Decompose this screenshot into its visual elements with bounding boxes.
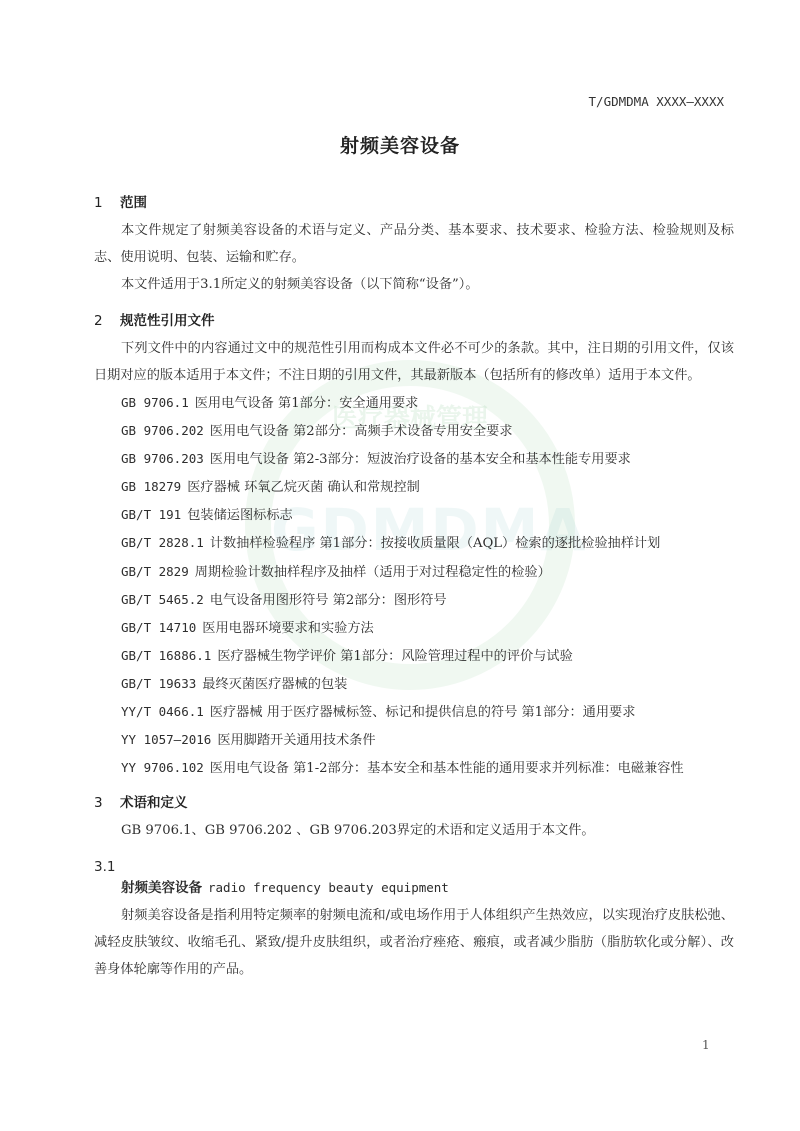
term-number: 3.1: [94, 856, 734, 878]
section-title: 规范性引用文件: [120, 313, 215, 329]
reference-item: GB/T 14710医用电器环境要求和实验方法: [94, 614, 734, 642]
term-title-en: radio frequency beauty equipment: [208, 880, 449, 895]
reference-item: GB/T 5465.2电气设备用图形符号 第2部分：图形符号: [94, 586, 734, 614]
document-body: 1范围 本文件规定了射频美容设备的术语与定义、产品分类、基本要求、技术要求、检验…: [94, 192, 734, 983]
reference-item: GB 18279医疗器械 环氧乙烷灭菌 确认和常规控制: [94, 473, 734, 501]
page-title: 射频美容设备: [0, 131, 800, 158]
section-heading-scope: 1范围: [94, 192, 734, 214]
reference-title: 医用脚踏开关通用技术条件: [217, 733, 375, 748]
paragraph: GB 9706.1、GB 9706.202 、GB 9706.203界定的术语和…: [94, 817, 734, 844]
reference-item: GB/T 16886.1医疗器械生物学评价 第1部分：风险管理过程中的评价与试验: [94, 642, 734, 670]
reference-title: 医疗器械 环氧乙烷灭菌 确认和常规控制: [187, 480, 420, 495]
reference-item: GB/T 191包装储运图标标志: [94, 501, 734, 529]
reference-title: 电气设备用图形符号 第2部分：图形符号: [210, 593, 447, 608]
paragraph: 下列文件中的内容通过文中的规范性引用而构成本文件必不可少的条款。其中，注日期的引…: [94, 335, 734, 389]
section-title: 术语和定义: [120, 795, 188, 811]
section-heading-terms-definitions: 3术语和定义: [94, 792, 734, 814]
reference-item: GB 9706.202医用电气设备 第2部分：高频手术设备专用安全要求: [94, 417, 734, 445]
reference-item: GB 9706.1医用电气设备 第1部分：安全通用要求: [94, 389, 734, 417]
reference-code: YY/T 0466.1: [121, 704, 204, 719]
page-number: 1: [702, 1038, 710, 1052]
reference-code: GB/T 16886.1: [121, 648, 211, 663]
reference-code: GB/T 2829: [121, 564, 189, 579]
reference-code: GB/T 5465.2: [121, 592, 204, 607]
reference-code: GB 9706.203: [121, 451, 204, 466]
section-heading-normative-references: 2规范性引用文件: [94, 310, 734, 332]
reference-title: 医疗器械生物学评价 第1部分：风险管理过程中的评价与试验: [217, 649, 572, 664]
section-title: 范围: [120, 195, 147, 211]
reference-item: GB/T 2828.1计数抽样检验程序 第1部分：按接收质量限（AQL）检索的逐…: [94, 529, 734, 557]
reference-code: GB/T 19633: [121, 676, 196, 691]
reference-code: YY 9706.102: [121, 760, 204, 775]
paragraph: 本文件规定了射频美容设备的术语与定义、产品分类、基本要求、技术要求、检验方法、检…: [94, 217, 734, 271]
reference-code: GB/T 14710: [121, 620, 196, 635]
section-number: 3: [94, 792, 120, 814]
reference-title: 医用电器环境要求和实验方法: [202, 621, 373, 636]
reference-title: 最终灭菌医疗器械的包装: [202, 677, 347, 692]
reference-title: 包装储运图标标志: [187, 508, 293, 523]
reference-code: GB/T 191: [121, 507, 181, 522]
reference-item: YY 9706.102医用电气设备 第1-2部分：基本安全和基本性能的通用要求并…: [94, 754, 734, 782]
reference-item: YY 1057—2016医用脚踏开关通用技术条件: [94, 726, 734, 754]
reference-code: GB 18279: [121, 479, 181, 494]
section-number: 2: [94, 310, 120, 332]
term-title-zh: 射频美容设备: [121, 880, 202, 896]
reference-item: GB 9706.203医用电气设备 第2-3部分：短波治疗设备的基本安全和基本性…: [94, 445, 734, 473]
term-title: 射频美容设备radio frequency beauty equipment: [94, 878, 734, 898]
reference-title: 医用电气设备 第1-2部分：基本安全和基本性能的通用要求并列标准：电磁兼容性: [210, 761, 684, 776]
reference-title: 计数抽样检验程序 第1部分：按接收质量限（AQL）检索的逐批检验抽样计划: [210, 536, 660, 551]
reference-item: GB/T 2829周期检验计数抽样程序及抽样（适用于对过程稳定性的检验）: [94, 558, 734, 586]
reference-item: GB/T 19633最终灭菌医疗器械的包装: [94, 670, 734, 698]
reference-title: 医用电气设备 第2-3部分：短波治疗设备的基本安全和基本性能专用要求: [210, 452, 631, 467]
reference-code: YY 1057—2016: [121, 732, 211, 747]
reference-title: 医用电气设备 第1部分：安全通用要求: [195, 396, 419, 411]
term-definition: 射频美容设备是指利用特定频率的射频电流和/或电场作用于人体组织产生热效应，以实现…: [94, 902, 734, 983]
section-number: 1: [94, 192, 120, 214]
reference-list: GB 9706.1医用电气设备 第1部分：安全通用要求 GB 9706.202医…: [94, 389, 734, 782]
reference-title: 医疗器械 用于医疗器械标签、标记和提供信息的符号 第1部分：通用要求: [210, 705, 636, 720]
reference-title: 医用电气设备 第2部分：高频手术设备专用安全要求: [210, 424, 513, 439]
reference-code: GB 9706.1: [121, 395, 189, 410]
reference-title: 周期检验计数抽样程序及抽样（适用于对过程稳定性的检验）: [195, 565, 551, 580]
reference-item: YY/T 0466.1医疗器械 用于医疗器械标签、标记和提供信息的符号 第1部分…: [94, 698, 734, 726]
reference-code: GB/T 2828.1: [121, 535, 204, 550]
document-code: T/GDMDMA XXXX—XXXX: [589, 94, 724, 109]
reference-code: GB 9706.202: [121, 423, 204, 438]
paragraph: 本文件适用于3.1所定义的射频美容设备（以下简称“设备”）。: [94, 271, 734, 298]
